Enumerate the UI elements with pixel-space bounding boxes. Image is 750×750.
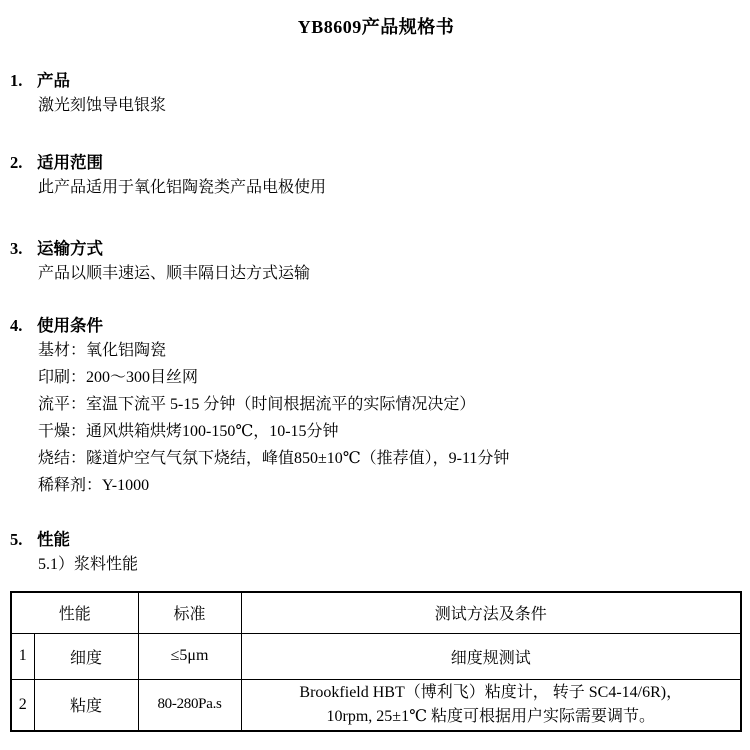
cell-test-method: Brookfield HBT（博利飞）粘度计， 转子 SC4-14/6R)， 1… [241, 679, 741, 731]
body-line: 产品以顺丰速运、顺丰隔日达方式运输 [38, 260, 742, 287]
cell-test-method: 细度规测试 [241, 633, 741, 679]
section-title: 运输方式 [37, 238, 103, 260]
section-title: 性能 [37, 529, 70, 551]
cell-property-name: 细度 [34, 633, 138, 679]
cell-row-number: 1 [11, 633, 34, 679]
section-product-body: 激光刻蚀导电银浆 [38, 92, 742, 119]
body-line-drying: 干燥：通风烘箱烘烤100-150℃，10-15分钟 [38, 418, 742, 445]
section-shipping: 3. 运输方式 产品以顺丰速运、顺丰隔日达方式运输 [10, 238, 742, 287]
section-number: 2. [10, 152, 37, 174]
section-number: 5. [10, 529, 37, 551]
section-shipping-body: 产品以顺丰速运、顺丰隔日达方式运输 [38, 260, 742, 287]
cell-property-name: 粘度 [34, 679, 138, 731]
section-performance: 5. 性能 5.1）浆料性能 [10, 529, 742, 578]
test-method-line: 10rpm, 25±1℃ 粘度可根据用户实际需要调节。 [244, 705, 739, 729]
header-performance: 性能 [11, 592, 138, 633]
section-number: 1. [10, 70, 37, 92]
section-number: 3. [10, 238, 37, 260]
section-scope-heading: 2. 适用范围 [10, 152, 742, 174]
section-shipping-heading: 3. 运输方式 [10, 238, 742, 260]
table-row: 1 细度 ≤5μm 细度规测试 [11, 633, 741, 679]
body-line: 激光刻蚀导电银浆 [38, 92, 742, 119]
section-usage-body: 基材：氧化铝陶瓷 印刷：200～300目丝网 流平：室温下流平 5-15 分钟（… [38, 337, 742, 499]
body-line-leveling: 流平：室温下流平 5-15 分钟（时间根据流平的实际情况决定） [38, 391, 742, 418]
header-method: 测试方法及条件 [241, 592, 741, 633]
body-line: 此产品适用于氧化铝陶瓷类产品电极使用 [38, 174, 742, 201]
table-header-row: 性能 标准 测试方法及条件 [11, 592, 741, 633]
table-row: 2 粘度 80-280Pa.s Brookfield HBT（博利飞）粘度计， … [11, 679, 741, 731]
section-number: 4. [10, 315, 37, 337]
section-scope: 2. 适用范围 此产品适用于氧化铝陶瓷类产品电极使用 [10, 152, 742, 201]
document-page: YB8609产品规格书 1. 产品 激光刻蚀导电银浆 2. 适用范围 此产品适用… [0, 0, 750, 750]
body-line-printing: 印刷：200～300目丝网 [38, 364, 742, 391]
test-method-line: Brookfield HBT（博利飞）粘度计， 转子 SC4-14/6R)， [244, 681, 739, 705]
header-standard: 标准 [138, 592, 241, 633]
section-usage-conditions: 4. 使用条件 基材：氧化铝陶瓷 印刷：200～300目丝网 流平：室温下流平 … [10, 315, 742, 499]
cell-standard: 80-280Pa.s [138, 679, 241, 731]
section-title: 适用范围 [37, 152, 103, 174]
cell-row-number: 2 [11, 679, 34, 731]
performance-table: 性能 标准 测试方法及条件 1 细度 ≤5μm 细度规测试 2 粘度 80-28… [10, 591, 742, 732]
section-product-heading: 1. 产品 [10, 70, 742, 92]
body-line-firing: 烧结：隧道炉空气气氛下烧结，峰值850±10℃（推荐值），9-11分钟 [38, 445, 742, 472]
cell-standard: ≤5μm [138, 633, 241, 679]
section-scope-body: 此产品适用于氧化铝陶瓷类产品电极使用 [38, 174, 742, 201]
subsection-paste-performance: 5.1）浆料性能 [38, 551, 742, 578]
section-performance-heading: 5. 性能 [10, 529, 742, 551]
section-title: 产品 [37, 70, 70, 92]
section-title: 使用条件 [37, 315, 103, 337]
section-usage-heading: 4. 使用条件 [10, 315, 742, 337]
section-product: 1. 产品 激光刻蚀导电银浆 [10, 70, 742, 119]
page-title: YB8609产品规格书 [10, 13, 742, 39]
body-line-thinner: 稀释剂：Y-1000 [38, 472, 742, 499]
body-line-substrate: 基材：氧化铝陶瓷 [38, 337, 742, 364]
